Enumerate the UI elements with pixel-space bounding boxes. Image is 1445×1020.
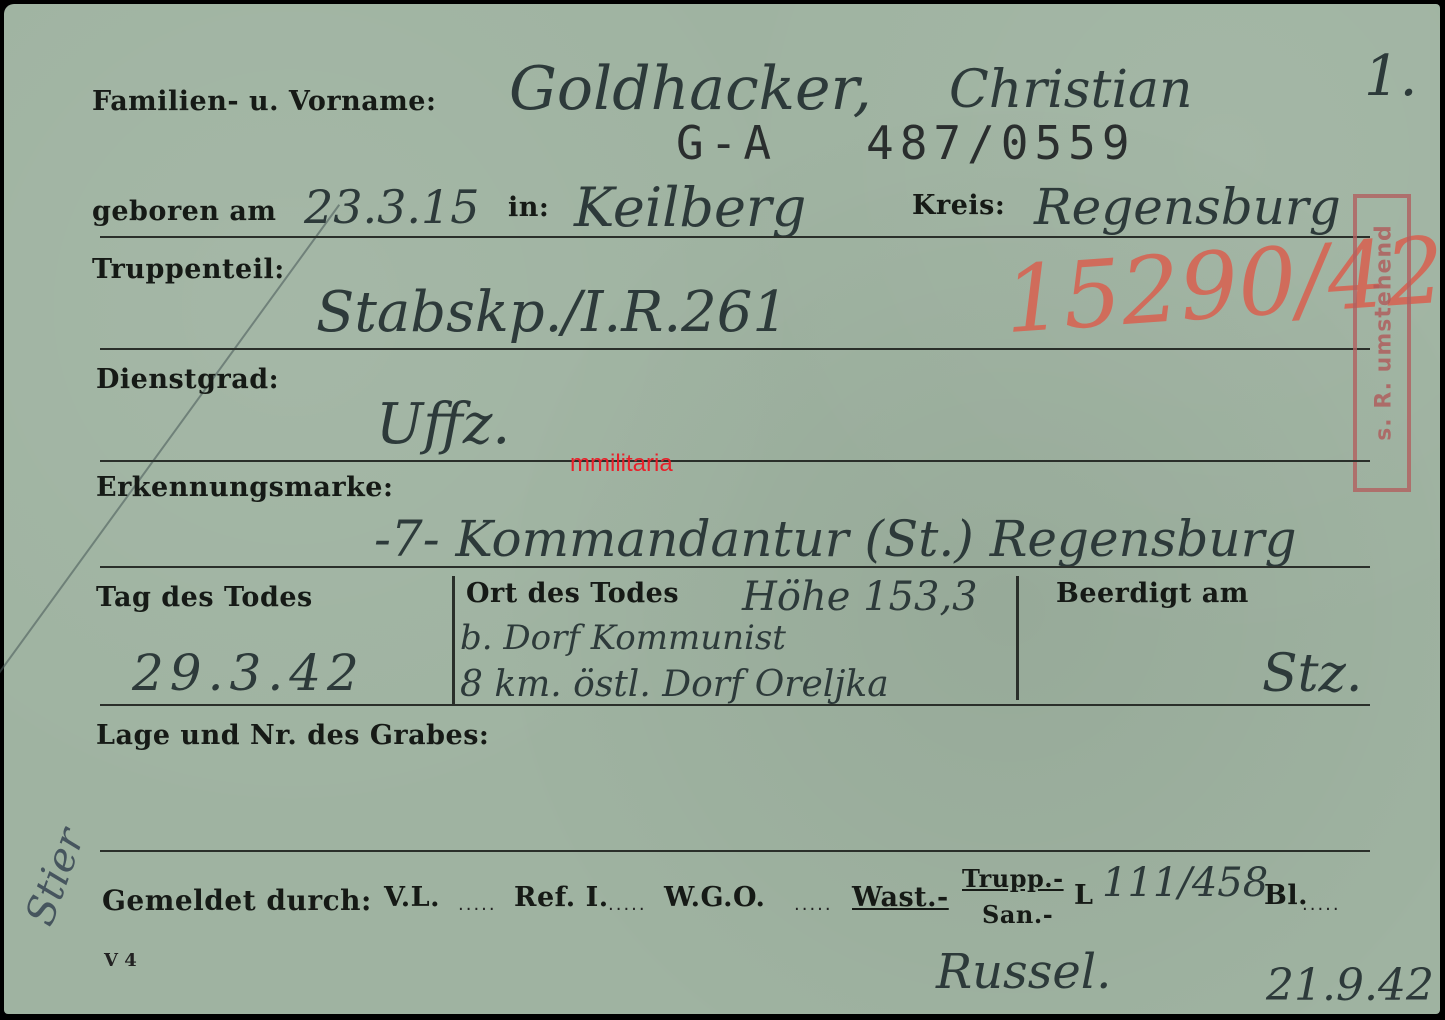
birth-place-value: Keilberg <box>574 176 806 239</box>
buried-value: Stz. <box>1262 644 1362 704</box>
column-divider <box>1016 576 1019 700</box>
district-label: Kreis: <box>912 190 1005 221</box>
id-tag-label: Erkennungsmarke: <box>96 472 393 503</box>
bottom-signature: Russel. <box>936 944 1111 1000</box>
death-place-line1: Höhe 153,3 <box>742 574 978 620</box>
birth-date-label: geboren am <box>92 196 276 227</box>
death-place-line2: b. Dorf Kommunist <box>460 618 786 658</box>
option-wgo: W.G.O. <box>664 882 765 913</box>
dots: ..... <box>1302 894 1341 915</box>
unit-label: Truppenteil: <box>92 254 285 285</box>
rank-value: Uffz. <box>376 392 510 457</box>
stamp-text: s. R. umstehend <box>1372 188 1397 478</box>
rule <box>100 348 1370 350</box>
birth-place-label: in: <box>508 192 549 223</box>
watermark: mmilitaria <box>570 450 673 478</box>
bottom-date: 21.9.42 R <box>1266 960 1445 1011</box>
grave-label: Lage und Nr. des Grabes: <box>96 720 489 751</box>
corner-mark: 1. <box>1364 44 1417 109</box>
typed-number: 487/0559 <box>866 116 1136 170</box>
buried-label: Beerdigt am <box>1056 578 1249 609</box>
list-label: L <box>1074 880 1093 911</box>
form-code: V 4 <box>104 950 137 971</box>
dots: ..... <box>608 894 647 915</box>
dots: ..... <box>458 894 497 915</box>
rule <box>100 460 1370 462</box>
given-name-value: Christian <box>949 60 1192 120</box>
option-trupp: Trupp.- <box>962 864 1064 893</box>
death-date-value: 29.3.42 <box>132 644 365 702</box>
list-value: 111/458 <box>1102 860 1268 906</box>
death-place-line3: 8 km. östl. Dorf Oreljka <box>460 664 889 705</box>
surname-value: Goldhacker, <box>509 54 872 124</box>
rule <box>100 566 1370 568</box>
id-tag-value: -7- Kommandantur (St.) Regensburg <box>374 510 1297 568</box>
death-record-card: 1. Familien- u. Vorname: Goldhacker, Chr… <box>4 4 1440 1014</box>
stamp-box: s. R. umstehend <box>1353 194 1411 492</box>
birth-date-value: 23.3.15 <box>304 180 480 234</box>
option-san: San.- <box>982 900 1053 929</box>
name-label: Familien- u. Vorname: <box>92 86 436 117</box>
death-place-label: Ort des Todes <box>466 578 679 609</box>
rank-label: Dienstgrad: <box>96 364 279 395</box>
typed-prefix: G-A <box>676 116 777 170</box>
unit-value: Stabskp./I.R.261 <box>316 280 788 345</box>
rule <box>100 704 1370 706</box>
option-vl: V.L. <box>384 882 440 913</box>
margin-signature: Stier <box>17 823 94 932</box>
death-date-label: Tag des Todes <box>96 582 313 613</box>
column-divider <box>452 576 455 704</box>
option-wast: Wast.- <box>852 882 949 913</box>
reported-by-label: Gemeldet durch: <box>102 884 372 917</box>
rule <box>100 850 1370 852</box>
option-ref: Ref. I. <box>514 882 609 913</box>
dots: ..... <box>794 894 833 915</box>
